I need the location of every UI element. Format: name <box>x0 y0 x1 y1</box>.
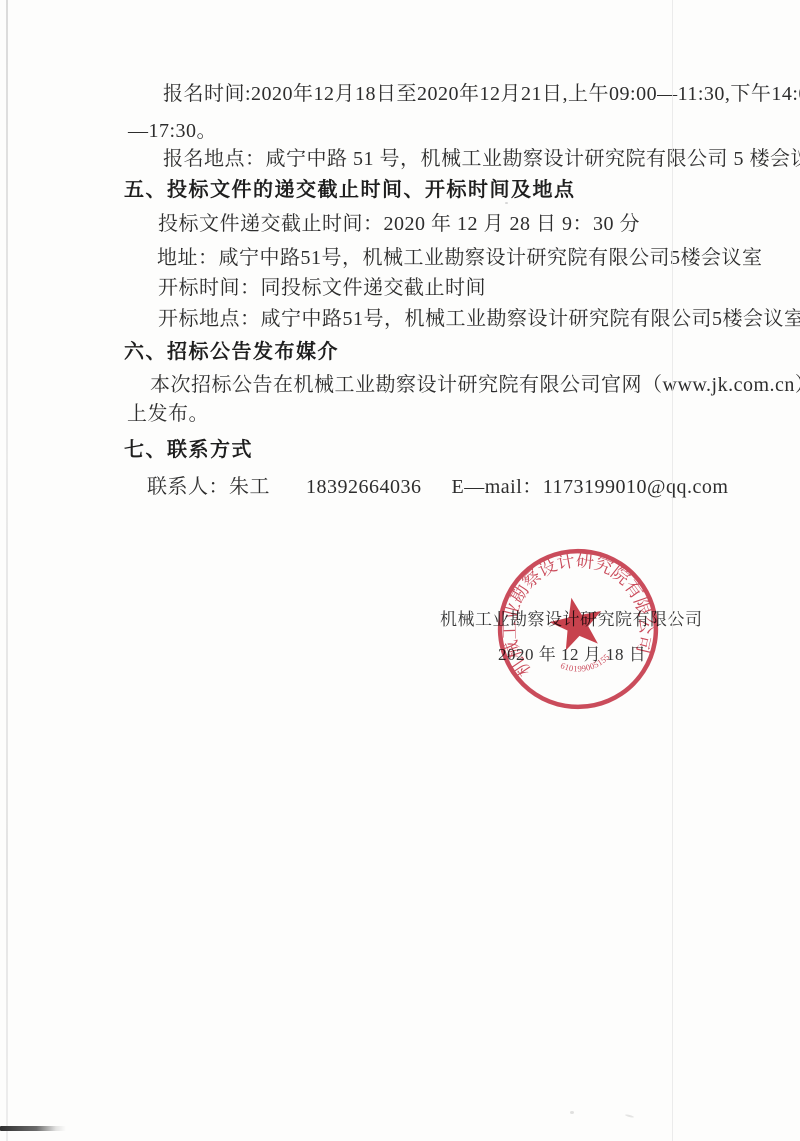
scan-speck <box>570 1111 574 1114</box>
contact-phone: 18392664036 <box>306 477 422 497</box>
section5-heading: 五、投标文件的递交截止时间、开标时间及地点 <box>124 180 576 200</box>
contact-person-label: 联系人：朱工 <box>147 477 270 497</box>
contact-line: 联系人：朱工 18392664036 E—mail：1173199010@qq.… <box>147 477 728 497</box>
registration-time-line2: —17:30。 <box>128 121 217 141</box>
contact-email: E—mail：1173199010@qq.com <box>452 477 729 497</box>
section6-body-line1: 本次招标公告在机械工业勘察设计研究院有限公司官网（www.jk.com.cn） <box>150 375 800 395</box>
section6-heading: 六、招标公告发布媒介 <box>124 342 339 362</box>
scan-artifact-left-line <box>6 0 8 1141</box>
seal-star-icon <box>545 592 607 652</box>
scan-speck <box>505 202 508 204</box>
section6-body-line2: 上发布。 <box>127 404 209 424</box>
section5-deadline-line: 投标文件递交截止时间：2020 年 12 月 28 日 9：30 分 <box>158 214 640 234</box>
company-seal-stamp: 机械工业勘察设计研究院有限公司 6101990051551 <box>481 532 676 727</box>
company-seal-graphic: 机械工业勘察设计研究院有限公司 6101990051551 <box>481 532 676 727</box>
section5-open-place-line: 开标地点：咸宁中路51号，机械工业勘察设计研究院有限公司5楼会议室 <box>158 309 800 329</box>
registration-place-line: 报名地点：咸宁中路 51 号，机械工业勘察设计研究院有限公司 5 楼会议室。 <box>163 149 800 169</box>
scan-speck <box>625 1114 634 1118</box>
scan-artifact-bottom-mark <box>0 1126 66 1131</box>
scanned-page: 报名时间:2020年12月18日至2020年12月21日,上午09:00—11:… <box>0 0 800 1141</box>
scan-artifact-right-line <box>672 0 673 1141</box>
section5-open-time-line: 开标时间：同投标文件递交截止时间 <box>158 278 486 298</box>
section7-heading: 七、联系方式 <box>124 440 253 460</box>
registration-time-line1: 报名时间:2020年12月18日至2020年12月21日,上午09:00—11:… <box>163 84 800 104</box>
